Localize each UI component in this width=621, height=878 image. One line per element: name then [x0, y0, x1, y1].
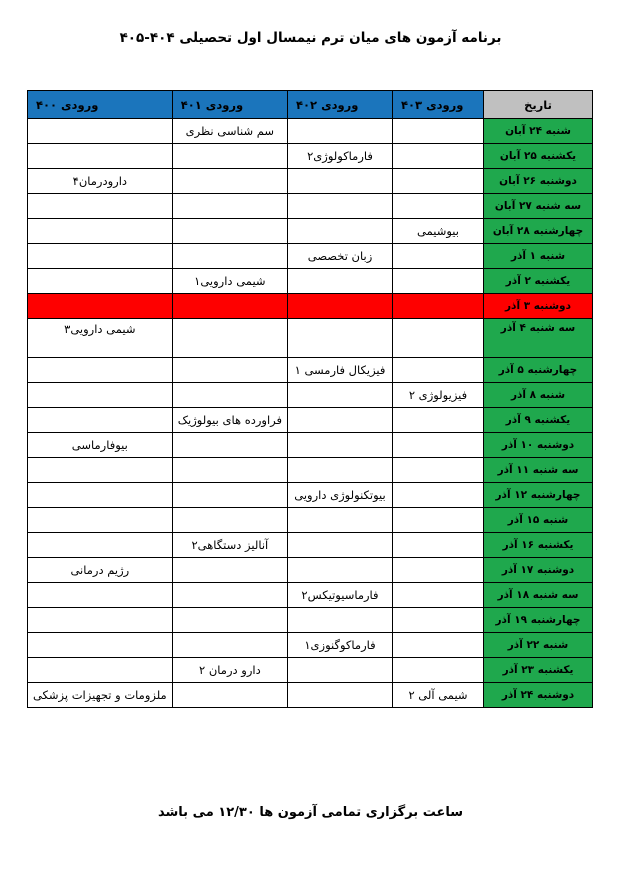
subject-cell-401 — [172, 319, 287, 358]
subject-cell-401 — [172, 558, 287, 583]
subject-cell-401 — [172, 383, 287, 408]
subject-cell-403 — [393, 269, 484, 294]
subject-cell-403 — [393, 483, 484, 508]
subject-cell-403 — [393, 244, 484, 269]
subject-cell-402: فارماکوگنوزی۱ — [288, 633, 393, 658]
subject-cell-401 — [172, 144, 287, 169]
date-cell: دوشنبه ۱۷ آذر — [484, 558, 593, 583]
schedule-row: دوشنبه ۳ آذر — [27, 294, 592, 319]
subject-cell-401 — [172, 583, 287, 608]
date-cell: سه شنبه ۱۱ آذر — [484, 458, 593, 483]
subject-cell-403 — [393, 533, 484, 558]
subject-cell-403: شیمی آلی ۲ — [393, 683, 484, 708]
subject-cell-402: فارماکولوژی۲ — [288, 144, 393, 169]
date-cell: یکشنبه ۲۵ آبان — [484, 144, 593, 169]
header-row: تاریخ ورودی ۴۰۳ ورودی ۴۰۲ ورودی ۴۰۱ ورود… — [27, 91, 592, 119]
date-cell: یکشنبه ۹ آذر — [484, 408, 593, 433]
column-header-cohort-400: ورودی ۴۰۰ — [27, 91, 172, 119]
date-cell: چهارشنبه ۱۹ آذر — [484, 608, 593, 633]
schedule-row: دوشنبه ۱۰ آذربیوفارماسی — [27, 433, 592, 458]
subject-cell-402 — [288, 533, 393, 558]
date-cell: یکشنبه ۱۶ آذر — [484, 533, 593, 558]
subject-cell-401: دارو درمان ۲ — [172, 658, 287, 683]
subject-cell-403 — [393, 319, 484, 358]
subject-cell-400 — [27, 358, 172, 383]
exam-schedule-table: تاریخ ورودی ۴۰۳ ورودی ۴۰۲ ورودی ۴۰۱ ورود… — [27, 90, 593, 708]
subject-cell-402 — [288, 433, 393, 458]
schedule-row: چهارشنبه ۱۹ آذر — [27, 608, 592, 633]
subject-cell-403 — [393, 633, 484, 658]
date-cell: سه شنبه ۴ آذر — [484, 319, 593, 358]
subject-cell-402 — [288, 319, 393, 358]
schedule-row: چهارشنبه ۲۸ آبانبیوشیمی — [27, 219, 592, 244]
column-header-cohort-403: ورودی ۴۰۳ — [393, 91, 484, 119]
subject-cell-400 — [27, 219, 172, 244]
date-cell: دوشنبه ۲۶ آبان — [484, 169, 593, 194]
date-cell: سه شنبه ۱۸ آذر — [484, 583, 593, 608]
subject-cell-401 — [172, 194, 287, 219]
subject-cell-400 — [27, 633, 172, 658]
document-page: برنامه آزمون های میان ترم نیمسال اول تحص… — [0, 0, 621, 878]
date-cell: چهارشنبه ۲۸ آبان — [484, 219, 593, 244]
schedule-row: سه شنبه ۱۱ آذر — [27, 458, 592, 483]
schedule-row: یکشنبه ۱۶ آذرآنالیز دستگاهی۲ — [27, 533, 592, 558]
subject-cell-403 — [393, 294, 484, 319]
subject-cell-400 — [27, 244, 172, 269]
subject-cell-400 — [27, 508, 172, 533]
subject-cell-403: بیوشیمی — [393, 219, 484, 244]
subject-cell-400 — [27, 583, 172, 608]
date-cell: چهارشنبه ۵ آذر — [484, 358, 593, 383]
subject-cell-403 — [393, 608, 484, 633]
subject-cell-402 — [288, 169, 393, 194]
subject-cell-403 — [393, 658, 484, 683]
schedule-row: چهارشنبه ۱۲ آذربیوتکنولوژی دارویی — [27, 483, 592, 508]
subject-cell-400 — [27, 194, 172, 219]
subject-cell-400 — [27, 458, 172, 483]
subject-cell-402 — [288, 219, 393, 244]
subject-cell-403 — [393, 194, 484, 219]
subject-cell-400 — [27, 144, 172, 169]
subject-cell-400: ملزومات و تجهیزات پزشکی — [27, 683, 172, 708]
date-cell: چهارشنبه ۱۲ آذر — [484, 483, 593, 508]
subject-cell-403 — [393, 358, 484, 383]
subject-cell-401 — [172, 508, 287, 533]
schedule-row: سه شنبه ۲۷ آبان — [27, 194, 592, 219]
subject-cell-402 — [288, 383, 393, 408]
subject-cell-402 — [288, 194, 393, 219]
schedule-row: دوشنبه ۲۶ آباندارودرمان۴ — [27, 169, 592, 194]
column-header-cohort-401: ورودی ۴۰۱ — [172, 91, 287, 119]
subject-cell-402: فیزیکال فارمسی ۱ — [288, 358, 393, 383]
date-cell: یکشنبه ۲ آذر — [484, 269, 593, 294]
subject-cell-403 — [393, 144, 484, 169]
subject-cell-403 — [393, 119, 484, 144]
schedule-row: یکشنبه ۲ آذرشیمی دارویی۱ — [27, 269, 592, 294]
subject-cell-402: زبان تخصصی — [288, 244, 393, 269]
subject-cell-402 — [288, 269, 393, 294]
table-header: تاریخ ورودی ۴۰۳ ورودی ۴۰۲ ورودی ۴۰۱ ورود… — [27, 91, 592, 119]
subject-cell-401 — [172, 294, 287, 319]
schedule-row: دوشنبه ۱۷ آذررژیم درمانی — [27, 558, 592, 583]
subject-cell-402 — [288, 408, 393, 433]
subject-cell-400: بیوفارماسی — [27, 433, 172, 458]
subject-cell-401 — [172, 458, 287, 483]
schedule-row: یکشنبه ۹ آذرفراورده های بیولوژیک — [27, 408, 592, 433]
subject-cell-403 — [393, 408, 484, 433]
schedule-row: سه شنبه ۱۸ آذرفارماسیوتیکس۲ — [27, 583, 592, 608]
subject-cell-400 — [27, 408, 172, 433]
schedule-table-body: شنبه ۲۴ آبانسم شناسی نظرییکشنبه ۲۵ آبانف… — [27, 119, 592, 708]
schedule-row: شنبه ۸ آذرفیزیولوژی ۲ — [27, 383, 592, 408]
subject-cell-402 — [288, 294, 393, 319]
subject-cell-401 — [172, 433, 287, 458]
schedule-row: دوشنبه ۲۴ آذرشیمی آلی ۲ملزومات و تجهیزات… — [27, 683, 592, 708]
page-title: برنامه آزمون های میان ترم نیمسال اول تحص… — [0, 30, 621, 46]
subject-cell-401 — [172, 244, 287, 269]
date-cell: شنبه ۲۴ آبان — [484, 119, 593, 144]
subject-cell-400 — [27, 119, 172, 144]
schedule-row: سه شنبه ۴ آذرشیمی دارویی۳ — [27, 319, 592, 358]
schedule-row: یکشنبه ۲۵ آبانفارماکولوژی۲ — [27, 144, 592, 169]
date-cell: سه شنبه ۲۷ آبان — [484, 194, 593, 219]
subject-cell-400 — [27, 533, 172, 558]
subject-cell-401 — [172, 358, 287, 383]
subject-cell-402: فارماسیوتیکس۲ — [288, 583, 393, 608]
subject-cell-401: آنالیز دستگاهی۲ — [172, 533, 287, 558]
date-cell: شنبه ۲۲ آذر — [484, 633, 593, 658]
schedule-row: شنبه ۱ آذرزبان تخصصی — [27, 244, 592, 269]
subject-cell-400: رژیم درمانی — [27, 558, 172, 583]
subject-cell-401: سم شناسی نظری — [172, 119, 287, 144]
subject-cell-400 — [27, 269, 172, 294]
date-cell: دوشنبه ۲۴ آذر — [484, 683, 593, 708]
subject-cell-402 — [288, 508, 393, 533]
subject-cell-401 — [172, 683, 287, 708]
subject-cell-401 — [172, 483, 287, 508]
date-cell: شنبه ۸ آذر — [484, 383, 593, 408]
schedule-row: شنبه ۲۴ آبانسم شناسی نظری — [27, 119, 592, 144]
subject-cell-402 — [288, 558, 393, 583]
subject-cell-400 — [27, 608, 172, 633]
date-cell: شنبه ۱ آذر — [484, 244, 593, 269]
footer-note: ساعت برگزاری تمامی آزمون ها ۱۲/۳۰ می باش… — [0, 805, 621, 820]
column-header-cohort-402: ورودی ۴۰۲ — [288, 91, 393, 119]
date-cell: شنبه ۱۵ آذر — [484, 508, 593, 533]
subject-cell-402 — [288, 683, 393, 708]
subject-cell-400: دارودرمان۴ — [27, 169, 172, 194]
subject-cell-400: شیمی دارویی۳ — [27, 319, 172, 358]
subject-cell-402 — [288, 608, 393, 633]
subject-cell-401: شیمی دارویی۱ — [172, 269, 287, 294]
subject-cell-403 — [393, 433, 484, 458]
date-cell: یکشنبه ۲۳ آذر — [484, 658, 593, 683]
subject-cell-401: فراورده های بیولوژیک — [172, 408, 287, 433]
subject-cell-402 — [288, 458, 393, 483]
subject-cell-402 — [288, 658, 393, 683]
subject-cell-401 — [172, 219, 287, 244]
schedule-row: چهارشنبه ۵ آذرفیزیکال فارمسی ۱ — [27, 358, 592, 383]
subject-cell-401 — [172, 169, 287, 194]
subject-cell-403 — [393, 558, 484, 583]
subject-cell-401 — [172, 608, 287, 633]
date-cell: دوشنبه ۱۰ آذر — [484, 433, 593, 458]
subject-cell-403 — [393, 583, 484, 608]
subject-cell-403: فیزیولوژی ۲ — [393, 383, 484, 408]
date-cell: دوشنبه ۳ آذر — [484, 294, 593, 319]
schedule-row: شنبه ۱۵ آذر — [27, 508, 592, 533]
schedule-row: شنبه ۲۲ آذرفارماکوگنوزی۱ — [27, 633, 592, 658]
subject-cell-402: بیوتکنولوژی دارویی — [288, 483, 393, 508]
subject-cell-400 — [27, 294, 172, 319]
subject-cell-403 — [393, 169, 484, 194]
subject-cell-400 — [27, 658, 172, 683]
column-header-date: تاریخ — [484, 91, 593, 119]
subject-cell-402 — [288, 119, 393, 144]
schedule-row: یکشنبه ۲۳ آذردارو درمان ۲ — [27, 658, 592, 683]
subject-cell-403 — [393, 508, 484, 533]
subject-cell-403 — [393, 458, 484, 483]
subject-cell-400 — [27, 483, 172, 508]
subject-cell-400 — [27, 383, 172, 408]
subject-cell-401 — [172, 633, 287, 658]
